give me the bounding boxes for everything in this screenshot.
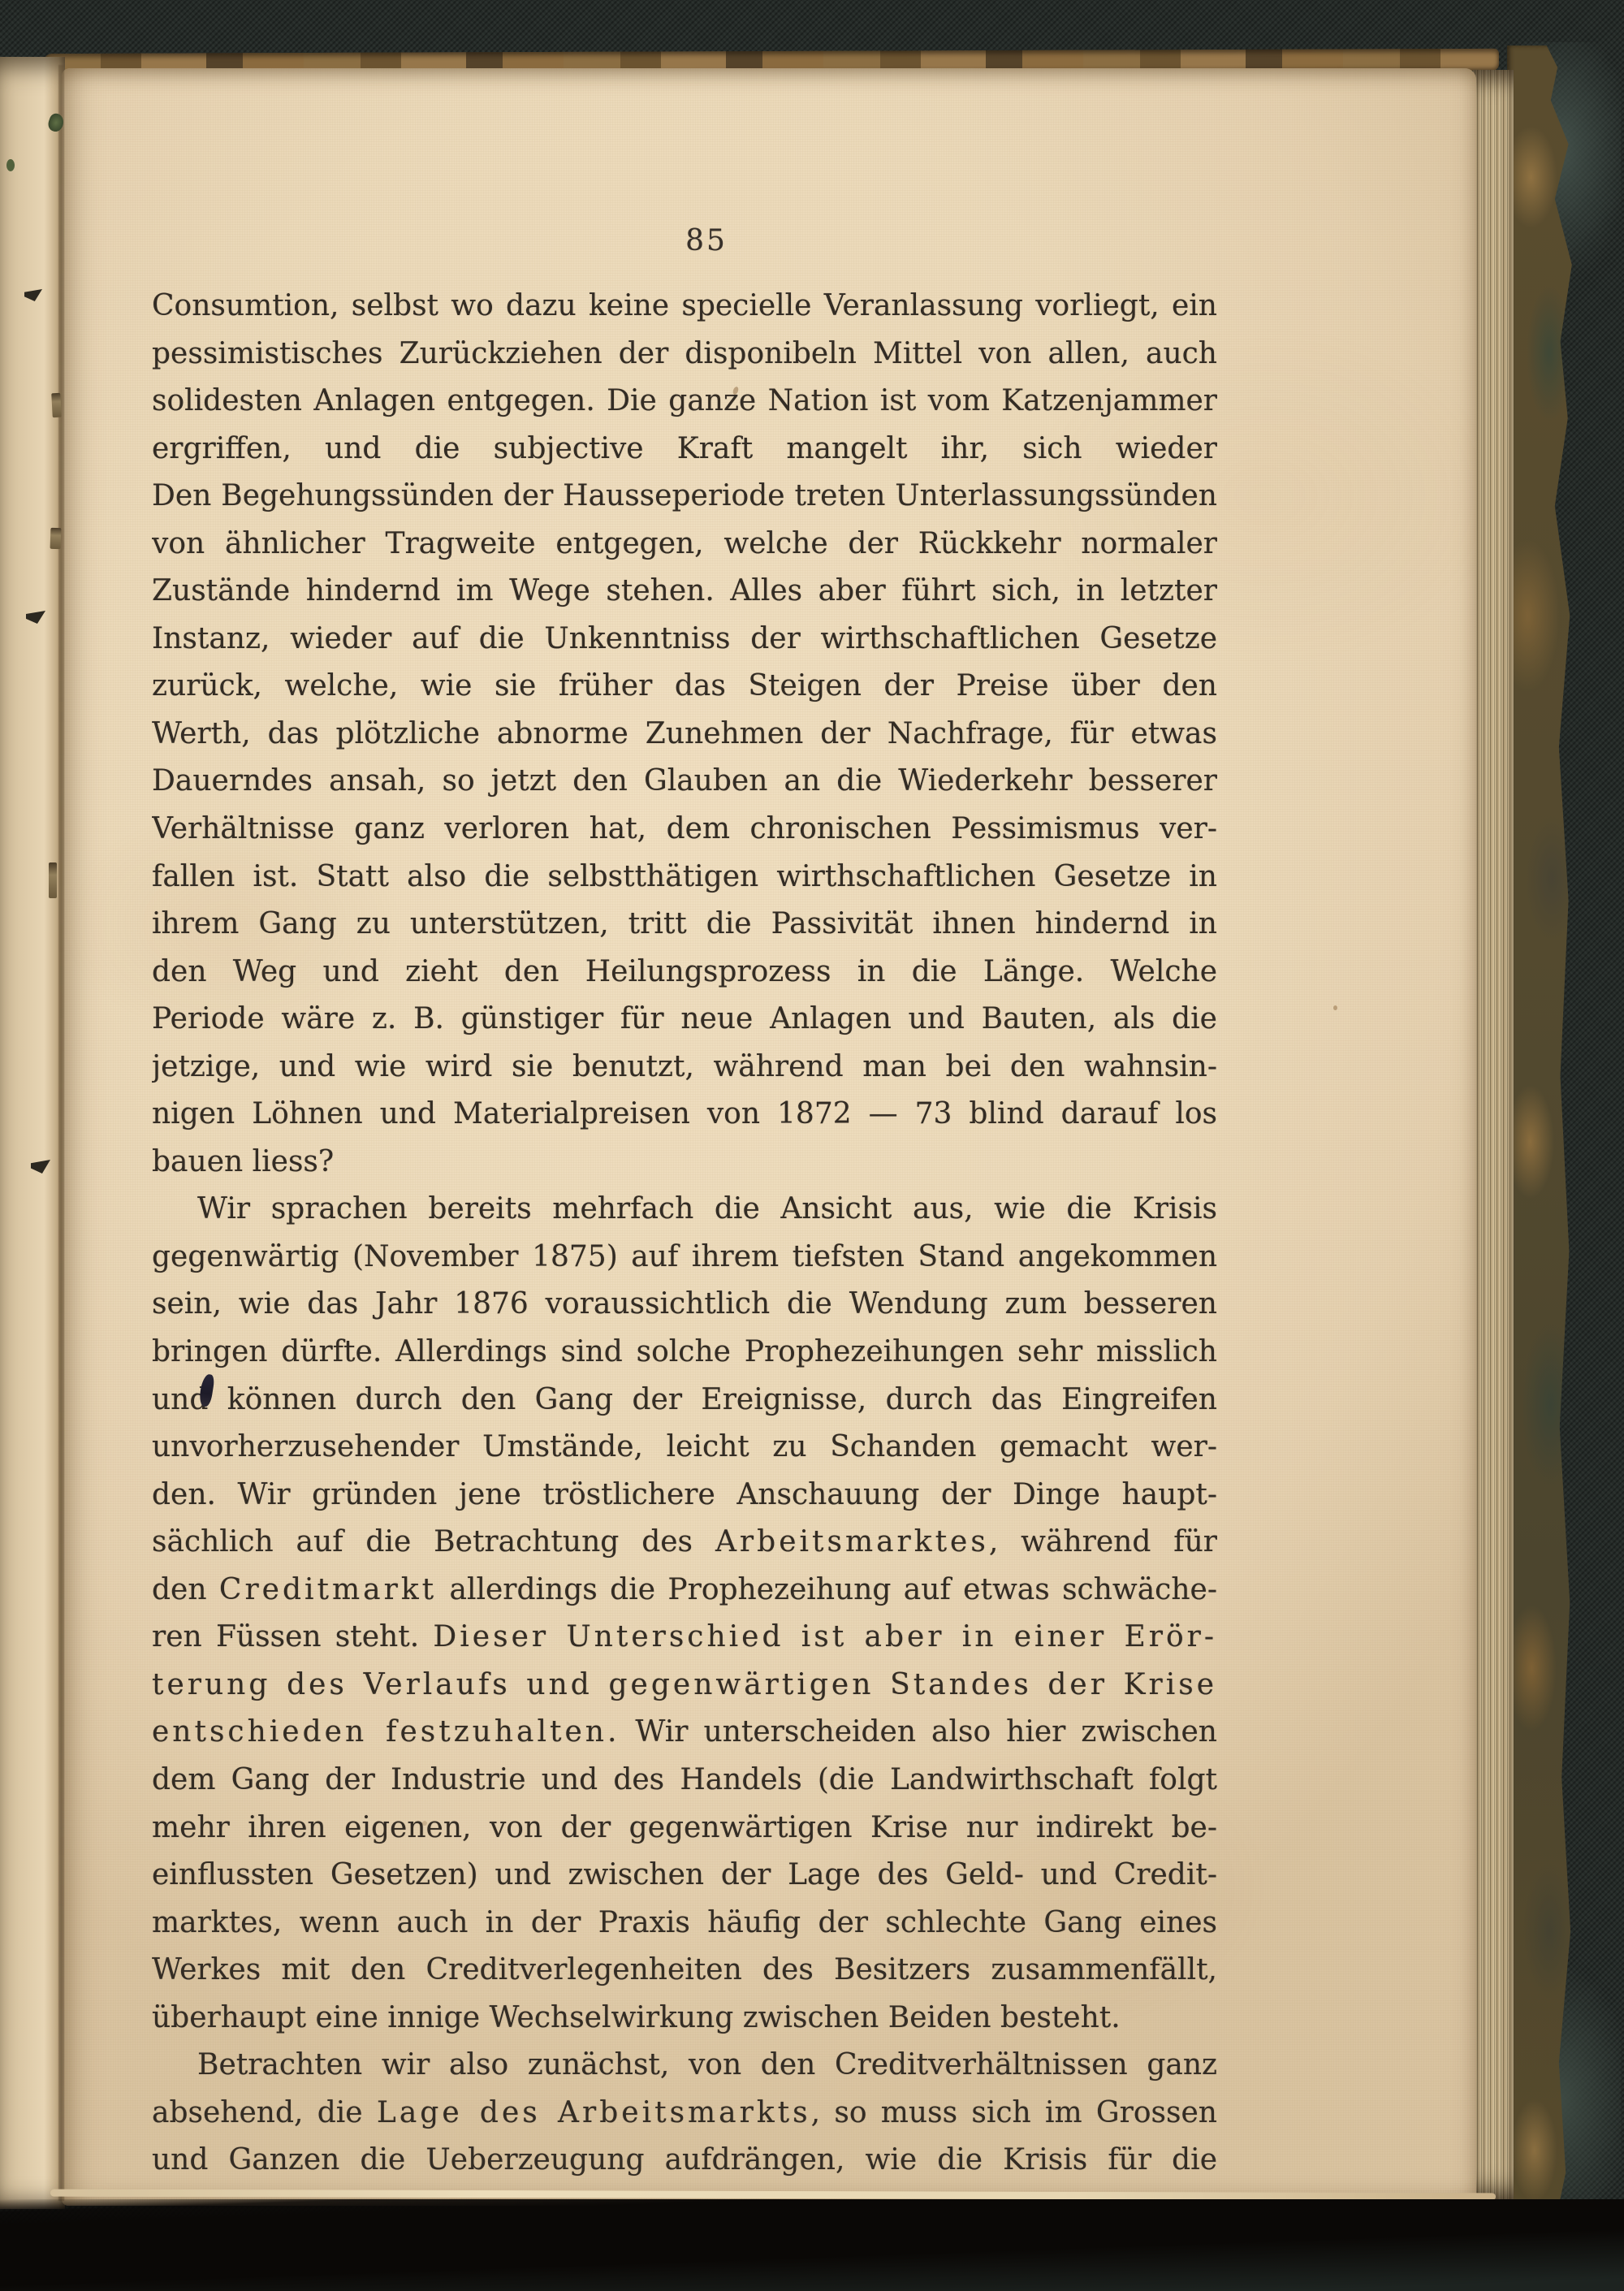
dust-speck [1333, 1005, 1337, 1010]
body-text: sächlich auf die Betrachtung des [152, 1525, 715, 1558]
text-line: Den Begehungssünden der Hausseperiode tr… [152, 473, 1217, 521]
body-text: einflussten Gesetzen) und zwischen der L… [152, 1858, 1217, 1891]
text-line: Werth, das plötzliche abnorme Zunehmen d… [152, 711, 1217, 759]
text-line: bringen dürfte. Allerdings sind solche P… [152, 1329, 1217, 1377]
body-text: jetzige, und wie wird sie benutzt, währe… [152, 1050, 1217, 1083]
text-line: Dauerndes ansah, so jetzt den Glauben an… [152, 758, 1217, 806]
crease-tear [51, 393, 62, 418]
body-text: nigen Löhnen und Materialpreisen von 187… [152, 1097, 1217, 1130]
text-line: terung des Verlaufs und gegenwärtigen St… [152, 1662, 1217, 1710]
body-text: , so muss sich im Grossen [811, 2096, 1217, 2129]
body-text: überhaupt eine innige Wechselwirkung zwi… [152, 2001, 1121, 2034]
body-text: den [152, 1573, 219, 1606]
body-text: von ähnlicher Tragweite entgegen, welche… [152, 527, 1217, 560]
text-line: ren Füssen steht. Dieser Unterschied ist… [152, 1614, 1217, 1662]
body-text: dem Gang der Industrie und des Handels (… [152, 1763, 1217, 1796]
text-line: Wir sprachen bereits mehrfach die Ansich… [152, 1186, 1217, 1234]
text-line: Periode wäre z. B. günstiger für neue An… [152, 996, 1217, 1044]
body-text: solidesten Anlagen entgegen. Die ganze N… [152, 384, 1217, 417]
text-line: Zustände hindernd im Wege stehen. Alles … [152, 568, 1217, 616]
body-text: gegenwärtig (November 1875) auf ihrem ti… [152, 1240, 1217, 1273]
body-text: Dauerndes ansah, so jetzt den Glauben an… [152, 764, 1217, 798]
text-line: absehend, die Lage des Arbeitsmarkts, so… [152, 2090, 1217, 2138]
text-line: den Weg und zieht den Heilungsprozess in… [152, 949, 1217, 996]
body-text: , während für [989, 1525, 1217, 1558]
crease-tear [50, 528, 62, 549]
text-line: Instanz, wieder auf die Unkenntniss der … [152, 616, 1217, 664]
scanned-book-photo: { "page": { "number": "85", "lines": [ {… [0, 0, 1624, 2291]
letterspaced-text: Lage des Arbeitsmarkts [377, 2096, 811, 2129]
body-text: Instanz, wieder auf die Unkenntniss der … [152, 622, 1217, 655]
text-line: und Ganzen die Ueberzeugung aufdrängen, … [152, 2137, 1217, 2185]
text-line: den Creditmarkt allerdings die Prophezei… [152, 1567, 1217, 1615]
body-text: den. Wir gründen jene tröstlichere Ansch… [152, 1478, 1217, 1511]
body-text: unvorherzusehender Umstände, leicht zu S… [152, 1430, 1217, 1463]
body-text: Periode wäre z. B. günstiger für neue An… [152, 1002, 1217, 1035]
body-text: marktes, wenn auch in der Praxis häufig … [152, 1906, 1217, 1939]
body-text: Betrachten wir also zunächst, von den Cr… [197, 2048, 1217, 2081]
text-line: pessimistisches Zurückziehen der disponi… [152, 331, 1217, 378]
bottom-shadow [0, 2199, 1624, 2291]
dust-speck [422, 1821, 427, 1826]
text-line: solidesten Anlagen entgegen. Die ganze N… [152, 378, 1217, 426]
text-line: einflussten Gesetzen) und zwischen der L… [152, 1852, 1217, 1900]
text-line: den. Wir gründen jene tröstlichere Ansch… [152, 1472, 1217, 1519]
letterspaced-text: Creditmarkt [219, 1573, 437, 1606]
text-line: fallen ist. Statt also die selbstthätige… [152, 854, 1217, 901]
body-text: Consumtion, selbst wo dazu keine speciel… [152, 289, 1217, 322]
letterspaced-text: terung des Verlaufs und gegenwärtigen St… [152, 1668, 1217, 1701]
body-text: bauen liess? [152, 1145, 334, 1178]
body-text: allerdings die Prophezeihung auf etwas s… [437, 1573, 1217, 1606]
text-line: ergriffen, und die subjective Kraft mang… [152, 426, 1217, 473]
body-text: sein, wie das Jahr 1876 voraussichtlich … [152, 1287, 1217, 1321]
text-line: nigen Löhnen und Materialpreisen von 187… [152, 1091, 1217, 1139]
body-text: Werth, das plötzliche abnorme Zunehmen d… [152, 717, 1217, 750]
text-line: unvorherzusehender Umstände, leicht zu S… [152, 1424, 1217, 1472]
text-line: Werkes mit den Creditverlegenheiten des … [152, 1947, 1217, 1995]
text-line: marktes, wenn auch in der Praxis häufig … [152, 1900, 1217, 1947]
text-block: Consumtion, selbst wo dazu keine speciel… [152, 283, 1217, 2185]
text-line: ihrem Gang zu unterstützen, tritt die Pa… [152, 901, 1217, 949]
text-line: Betrachten wir also zunächst, von den Cr… [152, 2042, 1217, 2090]
page-fore-edge [1473, 70, 1514, 2202]
text-line: sein, wie das Jahr 1876 voraussichtlich … [152, 1281, 1217, 1329]
text-line: von ähnlicher Tragweite entgegen, welche… [152, 521, 1217, 568]
body-text: und können durch den Gang der Ereignisse… [152, 1383, 1217, 1416]
text-line: und können durch den Gang der Ereignisse… [152, 1377, 1217, 1424]
text-line: Consumtion, selbst wo dazu keine speciel… [152, 283, 1217, 331]
text-line: überhaupt eine innige Wechselwirkung zwi… [152, 1995, 1217, 2042]
page-number: 85 [633, 224, 780, 257]
text-line: zurück, welche, wie sie früher das Steig… [152, 663, 1217, 711]
body-text: ihrem Gang zu unterstützen, tritt die Pa… [152, 907, 1217, 940]
letterspaced-text: Arbeitsmarktes [715, 1525, 989, 1558]
body-text: Wir sprachen bereits mehrfach die Ansich… [197, 1192, 1217, 1225]
body-text: Verhältnisse ganz verloren hat, dem chro… [152, 812, 1217, 845]
body-text: Werkes mit den Creditverlegenheiten des … [152, 1953, 1217, 1986]
marbled-cover-edge [1507, 45, 1575, 2238]
text-line: sächlich auf die Betrachtung des Arbeits… [152, 1519, 1217, 1567]
text-line: entschieden festzuhalten. Wir unterschei… [152, 1709, 1217, 1757]
body-text: den Weg und zieht den Heilungsprozess in… [152, 955, 1217, 988]
text-line: jetzige, und wie wird sie benutzt, währe… [152, 1044, 1217, 1091]
body-text: fallen ist. Statt also die selbstthätige… [152, 860, 1217, 893]
body-text: mehr ihren eigenen, von der gegenwärtige… [152, 1811, 1217, 1844]
gutter-facing-page [0, 57, 65, 2209]
body-text: Den Begehungssünden der Hausseperiode tr… [152, 479, 1217, 512]
text-line: Verhältnisse ganz verloren hat, dem chro… [152, 806, 1217, 854]
text-line: bauen liess? [152, 1139, 1217, 1187]
body-text: Wir unterscheiden also hier zwischen [620, 1715, 1217, 1749]
body-text: Zustände hindernd im Wege stehen. Alles … [152, 574, 1217, 607]
letterspaced-text: entschieden festzuhalten. [152, 1715, 620, 1749]
body-text: und Ganzen die Ueberzeugung aufdrängen, … [152, 2143, 1217, 2176]
body-text: ren Füssen steht. [152, 1620, 433, 1653]
body-text: zurück, welche, wie sie früher das Steig… [152, 669, 1217, 702]
body-text: ergriffen, und die subjective Kraft mang… [152, 432, 1217, 473]
green-speck [6, 159, 15, 171]
text-line: gegenwärtig (November 1875) auf ihrem ti… [152, 1234, 1217, 1282]
body-text: bringen dürfte. Allerdings sind solche P… [152, 1335, 1217, 1368]
body-text: absehend, die [152, 2096, 377, 2129]
text-line: dem Gang der Industrie und des Handels (… [152, 1757, 1217, 1805]
text-line: mehr ihren eigenen, von der gegenwärtige… [152, 1805, 1217, 1852]
body-text: pessimistisches Zurückziehen der disponi… [152, 337, 1217, 378]
crease-tear [49, 862, 57, 898]
letterspaced-text: Dieser Unterschied ist aber in einer Erö… [433, 1620, 1217, 1653]
gutter-crease [58, 65, 64, 2201]
